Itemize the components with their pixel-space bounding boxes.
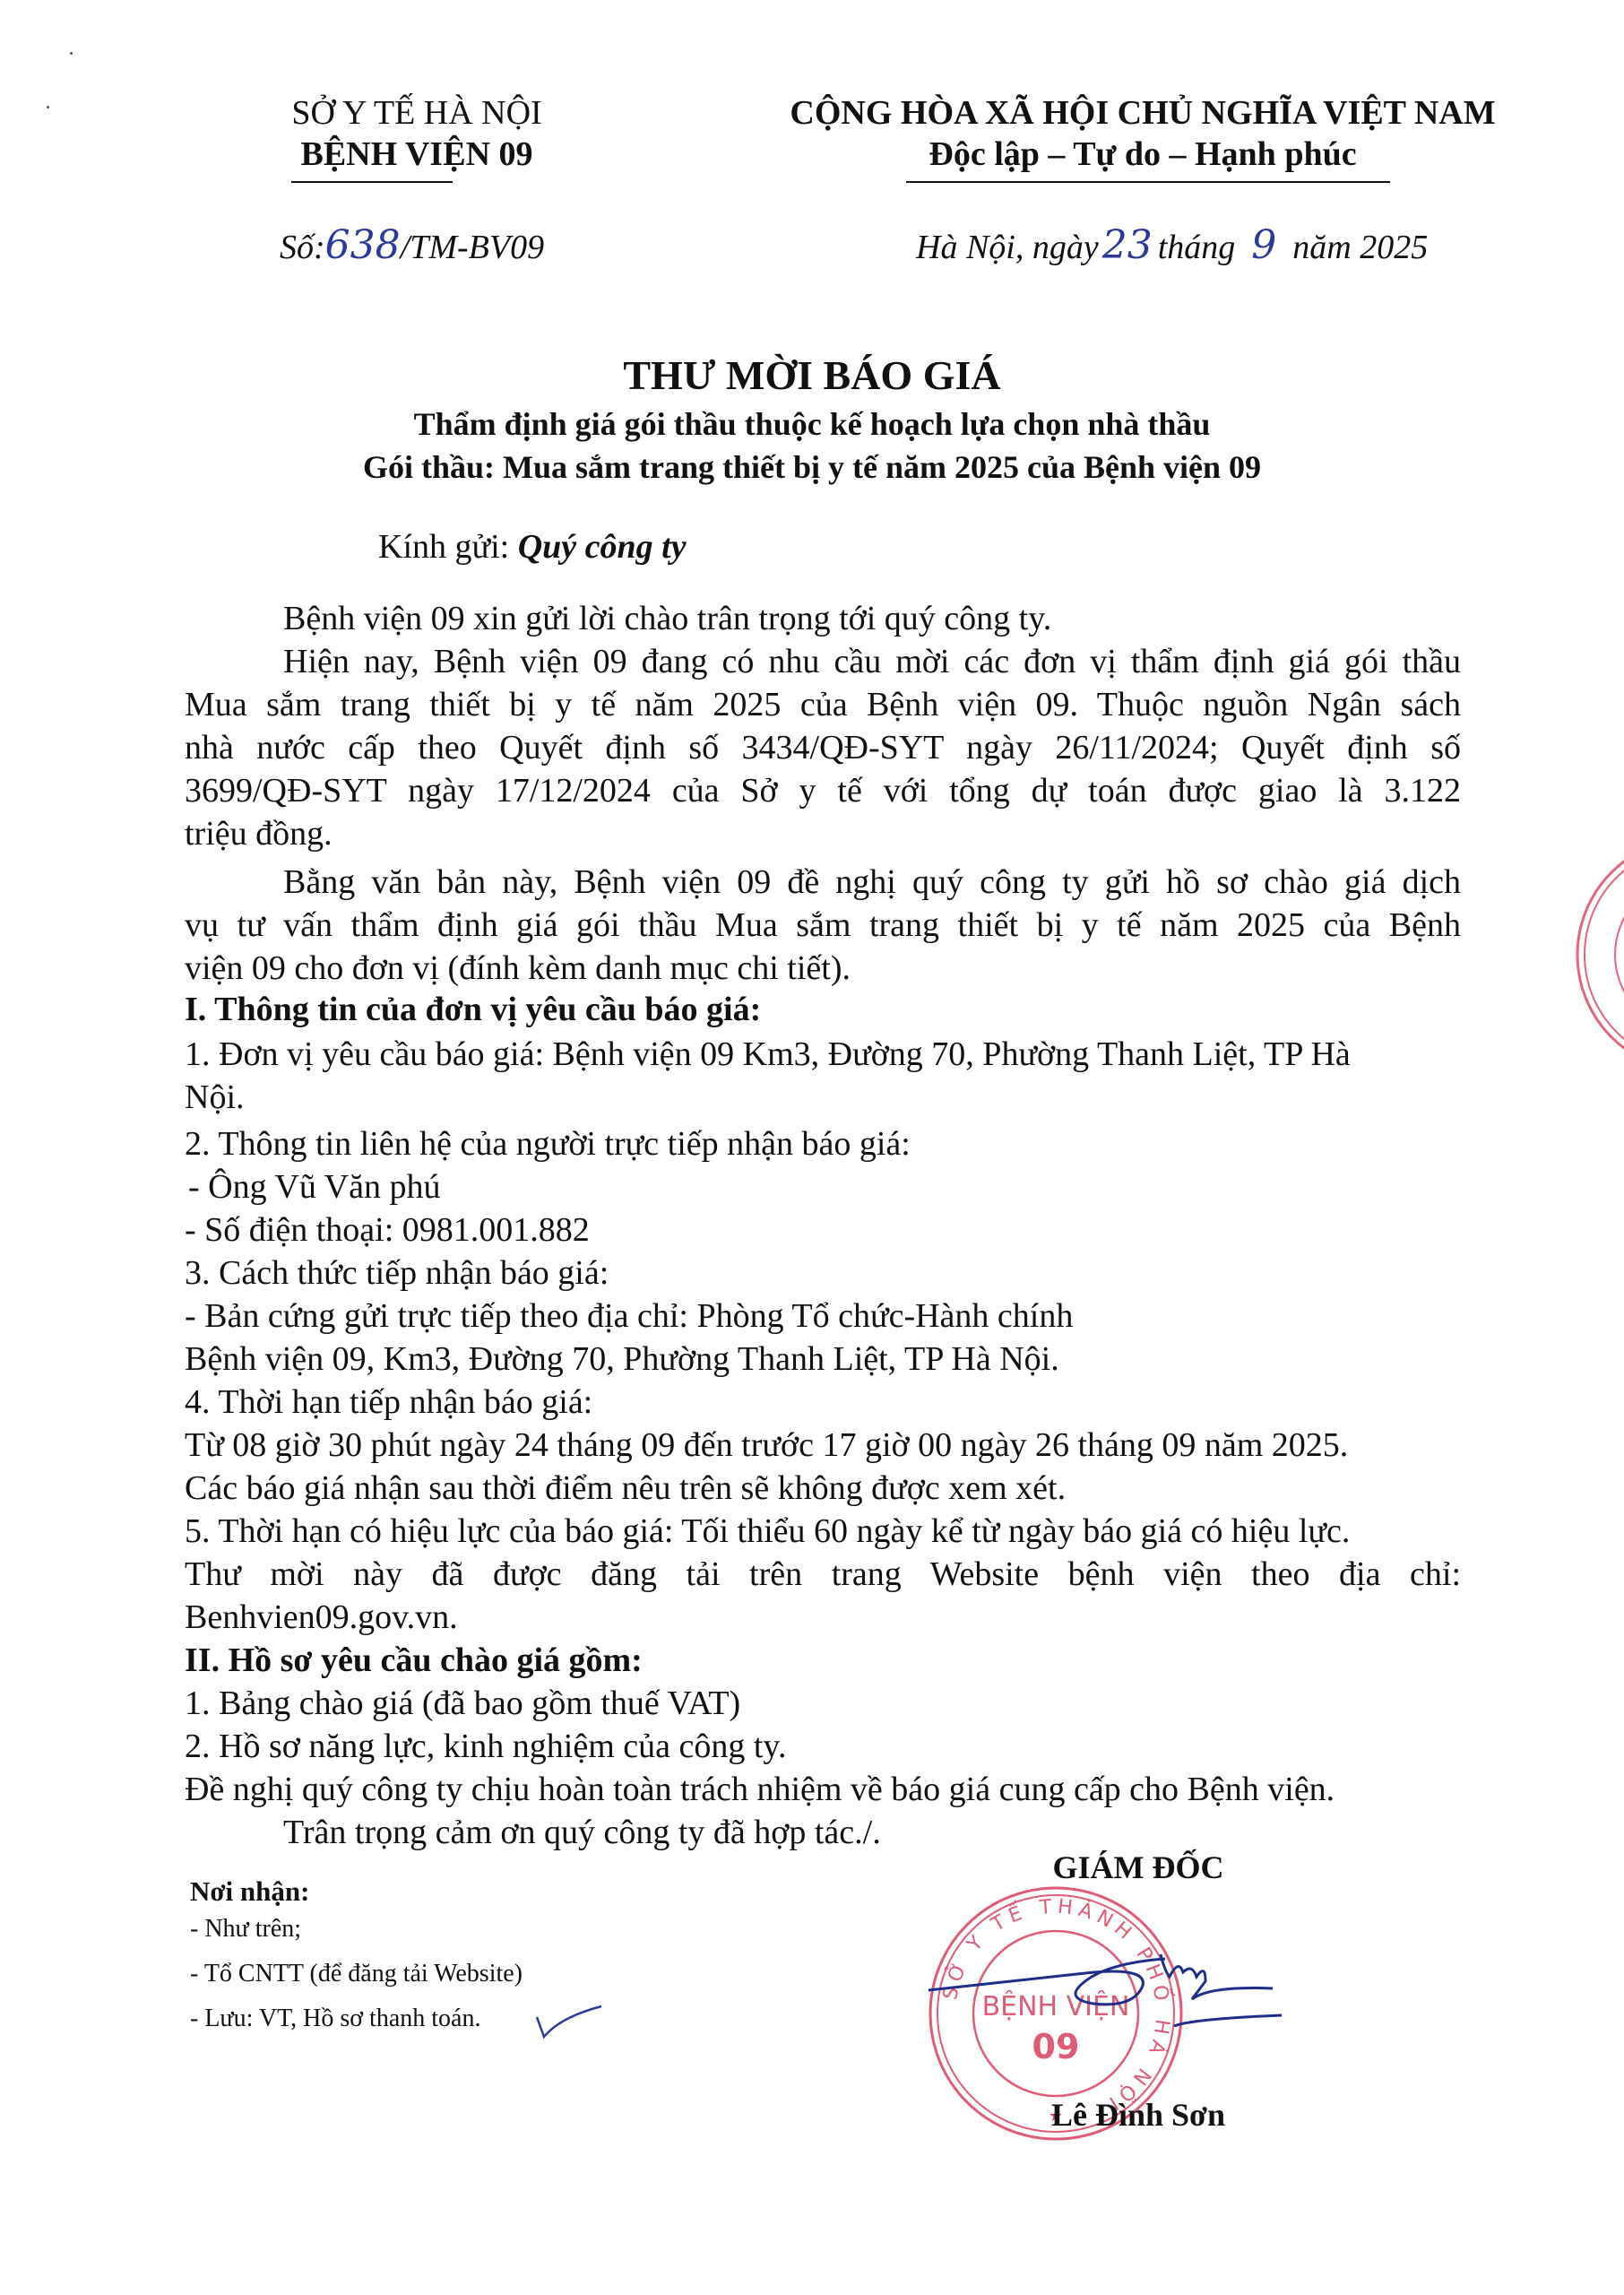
date-day-handwritten: 23 (1099, 222, 1158, 268)
signer-name: Lê Đình Sơn (1004, 2096, 1273, 2134)
signature-icon (923, 1936, 1300, 2044)
recipient-item: - Lưu: VT, Hồ sơ thanh toán. (190, 2005, 480, 2033)
salutation-label: Kính gửi: (378, 528, 509, 566)
section-1-line: 4. Thời hạn tiếp nhận báo giá: (185, 1382, 592, 1422)
doc-number-suffix: /TM-BV09 (401, 229, 544, 266)
section-2-line: 1. Bảng chào giá (đã bao gồm thuế VAT) (185, 1684, 740, 1723)
body-line: Hiện nay, Bệnh viện 09 đang có nhu cầu m… (283, 642, 1461, 681)
body-line: Mua sắm trang thiết bị y tế năm 2025 của… (185, 685, 1461, 724)
date-month-handwritten: 9 (1235, 222, 1292, 268)
header-motto-underline (906, 181, 1390, 183)
header-org: BỆNH VIỆN 09 (269, 134, 565, 174)
section-1-line: 1. Đơn vị yêu cầu báo giá: Bệnh viện 09 … (185, 1035, 1351, 1074)
doc-number-handwritten: 638 (325, 222, 401, 268)
website-address: Benhvien09.gov.vn. (185, 1598, 458, 1637)
date-year: năm 2025 (1292, 229, 1428, 266)
salutation: Kính gửi: Quý công ty (378, 527, 687, 567)
scan-speck (47, 106, 49, 108)
document-date: Hà Nội, ngày23tháng9năm 2025 (916, 222, 1428, 268)
header-org-parent: SỞ Y TẾ HÀ NỘI (269, 93, 565, 133)
header-org-underline (291, 181, 453, 183)
document-subtitle-2: Gói thầu: Mua sắm trang thiết bị y tế nă… (0, 448, 1624, 486)
document-subtitle-1: Thẩm định giá gói thầu thuộc kế hoạch lự… (0, 405, 1624, 443)
section-1-line: Các báo giá nhận sau thời điểm nêu trên … (185, 1468, 1066, 1508)
checkmark-icon (533, 2001, 605, 2046)
header-motto: Độc lập – Tự do – Hạnh phúc (762, 134, 1524, 174)
section-1-line: - Bản cứng gửi trực tiếp theo địa chỉ: P… (185, 1296, 1073, 1336)
date-prefix: Hà Nội, ngày (916, 229, 1099, 266)
closing-line: Trân trọng cảm ơn quý công ty đã hợp tác… (283, 1813, 881, 1852)
date-month-label: tháng (1158, 229, 1236, 266)
scan-speck (70, 52, 73, 55)
section-1-line: 3. Cách thức tiếp nhận báo giá: (185, 1253, 609, 1293)
header-nation: CỘNG HÒA XÃ HỘI CHỦ NGHĨA VIỆT NAM (762, 93, 1524, 133)
section-1-line: Thư mời này đã được đăng tải trên trang … (185, 1555, 1461, 1594)
recipients-heading: Nơi nhận: (190, 1875, 309, 1908)
validity-period: 5. Thời hạn có hiệu lực của báo giá: Tối… (185, 1511, 1350, 1551)
submission-window: Từ 08 giờ 30 phút ngày 24 tháng 09 đến t… (185, 1425, 1348, 1465)
doc-number-prefix: Số: (280, 229, 325, 266)
body-line: triệu đồng. (185, 814, 333, 853)
section-2-heading: II. Hồ sơ yêu cầu chào giá gồm: (185, 1641, 643, 1680)
body-line: vụ tư vấn thẩm định giá gói thầu Mua sắm… (185, 905, 1461, 945)
recipient-item: - Như trên; (190, 1915, 301, 1944)
section-1-line: Nội. (185, 1078, 245, 1117)
partial-stamp-icon (1559, 843, 1624, 1067)
salutation-recipient: Quý công ty (518, 528, 687, 566)
body-line: viện 09 cho đơn vị (đính kèm danh mục ch… (185, 948, 851, 988)
recipient-item: - Tổ CNTT (để đăng tải Website) (190, 1960, 523, 1988)
contact-name: - Ông Vũ Văn phú (188, 1167, 440, 1207)
section-2-line: Đề nghị quý công ty chịu hoàn toàn trách… (185, 1770, 1335, 1809)
section-2-line: 2. Hồ sơ năng lực, kinh nghiệm của công … (185, 1727, 786, 1766)
section-1-line: Bệnh viện 09, Km3, Đường 70, Phường Than… (185, 1339, 1059, 1379)
section-1-heading: I. Thông tin của đơn vị yêu cầu báo giá: (185, 990, 761, 1029)
body-line: nhà nước cấp theo Quyết định số 3434/QĐ-… (185, 728, 1461, 767)
body-line: Bằng văn bản này, Bệnh viện 09 đề nghị q… (283, 862, 1461, 902)
body-line: Bệnh viện 09 xin gửi lời chào trân trọng… (283, 599, 1051, 638)
body-line: 3699/QĐ-SYT ngày 17/12/2024 của Sở y tế … (185, 771, 1461, 810)
section-1-line: 2. Thông tin liên hệ của người trực tiếp… (185, 1124, 911, 1164)
document-title: THƯ MỜI BÁO GIÁ (0, 351, 1624, 399)
contact-phone: - Số điện thoại: 0981.001.882 (185, 1210, 590, 1250)
document-number: Số:638/TM-BV09 (280, 222, 544, 268)
